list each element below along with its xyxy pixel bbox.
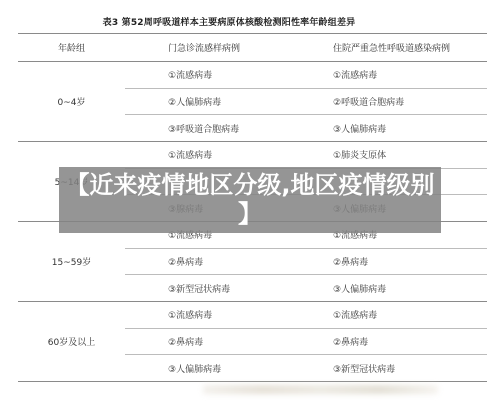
virus-cell-inpatient: ②鼻病毒 <box>331 255 487 268</box>
virus-cell-inpatient: ①流感病毒 <box>331 308 487 321</box>
row-subcells: ①流感病毒 ①流感病毒 ②鼻病毒 ②鼻病毒 ③新型冠状病毒 ③人偏肺病毒 <box>125 222 487 301</box>
virus-cell-inpatient: ③人偏肺病毒 <box>331 282 487 295</box>
virus-cell-outpatient: ③人偏肺病毒 <box>125 362 331 375</box>
sub-row: ③新型冠状病毒 ③人偏肺病毒 <box>125 274 487 301</box>
virus-cell-outpatient: ①流感病毒 <box>125 68 331 81</box>
row-subcells: ①流感病毒 ①流感病毒 ②鼻病毒 ②鼻病毒 ③人偏肺病毒 ③新型冠状病毒 <box>125 302 487 381</box>
table-row: 15~59岁 ①流感病毒 ①流感病毒 ②鼻病毒 ②鼻病毒 ③新型冠状病毒 ③人偏… <box>18 222 487 302</box>
sub-row: ②鼻病毒 ②鼻病毒 <box>125 328 487 355</box>
virus-cell-outpatient: ③呼吸道合胞病毒 <box>125 122 331 135</box>
page: 表3 第52周呼吸道样本主要病原体核酸检测阳性率年龄组差异 年龄组 门急诊流感样… <box>0 0 500 402</box>
row-subcells: ①流感病毒 ①流感病毒 ②人偏肺病毒 ②呼吸道合胞病毒 ③呼吸道合胞病毒 ③人偏… <box>125 62 487 141</box>
sub-row: ①流感病毒 ①流感病毒 <box>125 62 487 88</box>
header-age-group: 年龄组 <box>18 41 125 54</box>
table-row: 0~4岁 ①流感病毒 ①流感病毒 ②人偏肺病毒 ②呼吸道合胞病毒 ③呼吸道合胞病… <box>18 62 487 142</box>
table-title: 表3 第52周呼吸道样本主要病原体核酸检测阳性率年龄组差异 <box>0 15 458 28</box>
virus-cell-inpatient: ③新型冠状病毒 <box>331 362 487 375</box>
age-group-label: 0~4岁 <box>18 62 125 141</box>
age-group-label: 60岁及以上 <box>18 302 125 381</box>
virus-cell-inpatient: ①流感病毒 <box>331 68 487 81</box>
faded-watermark-smudge <box>203 385 438 394</box>
virus-cell-outpatient: ①流感病毒 <box>125 148 331 161</box>
virus-cell-outpatient: ①流感病毒 <box>125 308 331 321</box>
sub-row: ①流感病毒 ①流感病毒 <box>125 302 487 328</box>
header-inpatient-sari: 住院严重急性呼吸道感染病例 <box>331 41 487 54</box>
virus-cell-inpatient: ①肺炎支原体 <box>331 148 487 161</box>
table-header-row: 年龄组 门急诊流感样病例 住院严重急性呼吸道感染病例 <box>18 34 487 62</box>
header-outpatient-ili: 门急诊流感样病例 <box>125 41 331 54</box>
virus-cell-inpatient: ②呼吸道合胞病毒 <box>331 95 487 108</box>
age-group-label: 15~59岁 <box>18 222 125 301</box>
virus-cell-outpatient: ②鼻病毒 <box>125 255 331 268</box>
sub-row: ③呼吸道合胞病毒 ③人偏肺病毒 <box>125 114 487 141</box>
overlay-title-line2: 】 <box>238 200 262 229</box>
virus-cell-outpatient: ②鼻病毒 <box>125 335 331 348</box>
virus-cell-inpatient: ③人偏肺病毒 <box>331 122 487 135</box>
sub-row: ②鼻病毒 ②鼻病毒 <box>125 248 487 275</box>
overlay-title-line1: 【近来疫情地区分级,地区疫情级别 <box>65 171 434 200</box>
sub-row: ①流感病毒 ①肺炎支原体 <box>125 142 487 168</box>
virus-cell-outpatient: ②人偏肺病毒 <box>125 95 331 108</box>
table-row: 60岁及以上 ①流感病毒 ①流感病毒 ②鼻病毒 ②鼻病毒 ③人偏肺病毒 ③新型冠… <box>18 302 487 382</box>
sub-row: ②人偏肺病毒 ②呼吸道合胞病毒 <box>125 88 487 115</box>
virus-cell-outpatient: ③新型冠状病毒 <box>125 282 331 295</box>
sub-row: ③人偏肺病毒 ③新型冠状病毒 <box>125 354 487 381</box>
virus-cell-inpatient: ②鼻病毒 <box>331 335 487 348</box>
article-link-overlay[interactable]: 【近来疫情地区分级,地区疫情级别 】 <box>59 167 441 233</box>
